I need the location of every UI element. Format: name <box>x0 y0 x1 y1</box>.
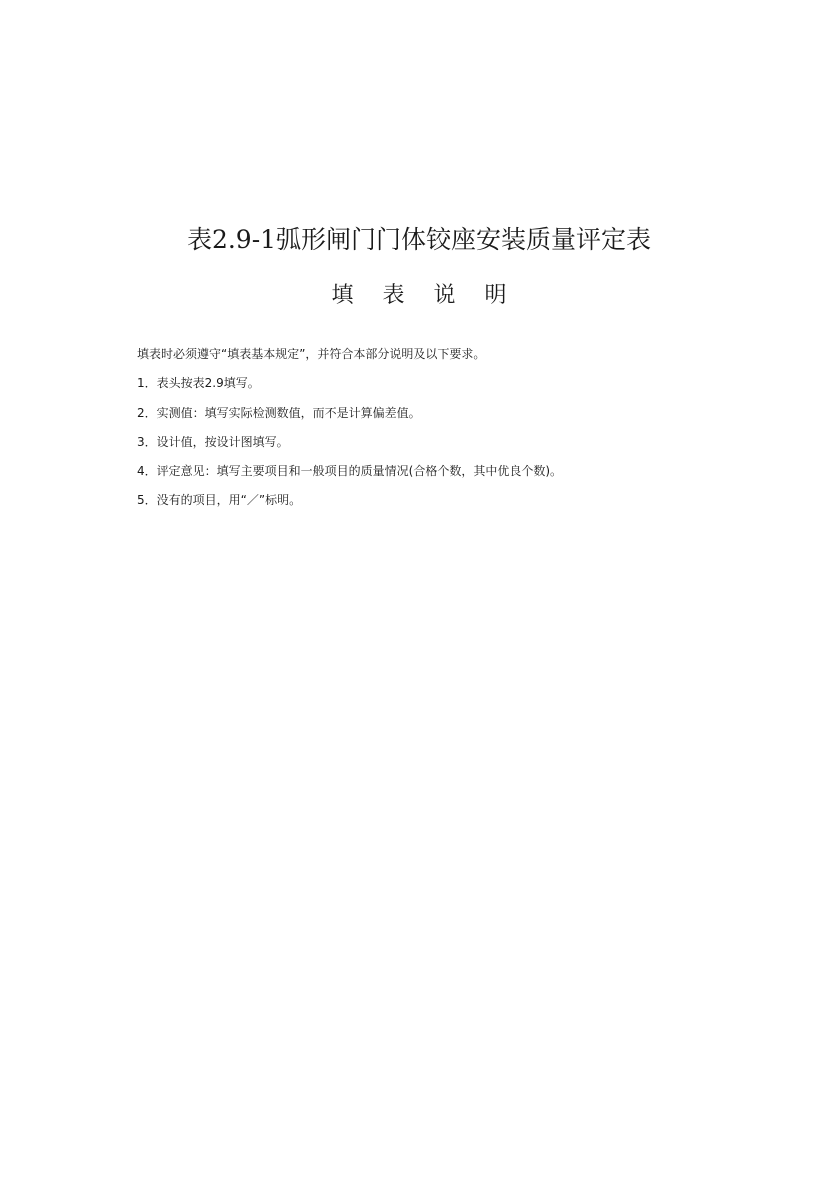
instruction-item: 1．表头按表2.9填写。 <box>137 375 757 391</box>
instruction-item: 5．没有的项目，用“／”标明。 <box>137 492 757 508</box>
instruction-item: 2．实测值：填写实际检测数值，而不是计算偏差值。 <box>137 405 757 421</box>
heading-char: 说 <box>434 280 456 312</box>
intro-paragraph: 填表时必须遵守“填表基本规定”，并符合本部分说明及以下要求。 <box>137 346 757 362</box>
document-title: 表2.9-1弧形闸门门体铰座安装质量评定表 <box>0 222 838 258</box>
heading-char: 表 <box>382 280 404 312</box>
instructions-block: 填表时必须遵守“填表基本规定”，并符合本部分说明及以下要求。 1．表头按表2.9… <box>137 346 757 522</box>
heading-char: 明 <box>485 280 507 312</box>
instruction-item: 4．评定意见：填写主要项目和一般项目的质量情况(合格个数，其中优良个数)。 <box>137 463 757 479</box>
instruction-item: 3．设计值，按设计图填写。 <box>137 434 757 450</box>
document-page: 表2.9-1弧形闸门门体铰座安装质量评定表 填 表 说 明 填表时必须遵守“填表… <box>0 0 838 1186</box>
heading-char: 填 <box>331 280 353 312</box>
section-heading-fill-instructions: 填 表 说 明 <box>0 280 838 312</box>
